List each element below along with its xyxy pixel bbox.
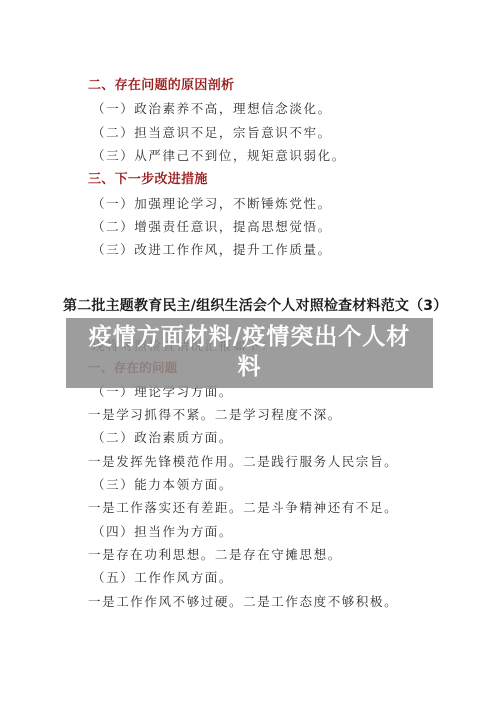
document-title: 第二批主题教育民主/组织生活会个人对照检查材料范文（3） [63,297,447,315]
list-item: （一）加强理论学习，不断锤炼党性。 [92,196,332,212]
section-heading-improvements: 三、下一步改进措施 [88,172,208,188]
document-page: 二、存在问题的原因剖析 （一）政治素养不高，理想信念淡化。 （二）担当意识不足，… [0,0,500,707]
list-item: 一是学习抓得不紧。二是学习程度不深。 [88,407,342,423]
title-overlay-banner: 疫情方面材料/疫情突出个人材 料 [66,318,433,388]
list-item: （四）担当作为方面。 [92,524,233,540]
list-item: （一）政治素养不高，理想信念淡化。 [92,101,332,117]
list-item: （五）工作作风方面。 [92,570,233,586]
list-item: （二）政治素质方面。 [92,430,233,446]
list-item: （三）从严律己不到位，规矩意识弱化。 [92,148,346,164]
list-item: （二）增强责任意识，提高思想觉悟。 [92,219,332,235]
section-heading-causes: 二、存在问题的原因剖析 [88,78,234,94]
list-item: 一是工作作风不够过硬。二是工作态度不够积极。 [88,594,398,610]
list-item: （二）担当意识不足，宗旨意识不牢。 [92,125,332,141]
list-item: （三）能力本领方面。 [92,477,233,493]
list-item: 一是发挥先锋模范作用。二是践行服务人民宗旨。 [88,454,398,470]
list-item: 一是工作落实还有差距。二是斗争精神还有不足。 [88,500,398,516]
list-item: 一是存在功利思想。二是存在守摊思想。 [88,547,342,563]
overlay-title-line1: 疫情方面材料/疫情突出个人材 [66,322,433,352]
list-item: （三）改进工作作风，提升工作质量。 [92,242,332,258]
overlay-title-line2: 料 [66,352,433,382]
overlay-title: 疫情方面材料/疫情突出个人材 料 [66,322,433,382]
